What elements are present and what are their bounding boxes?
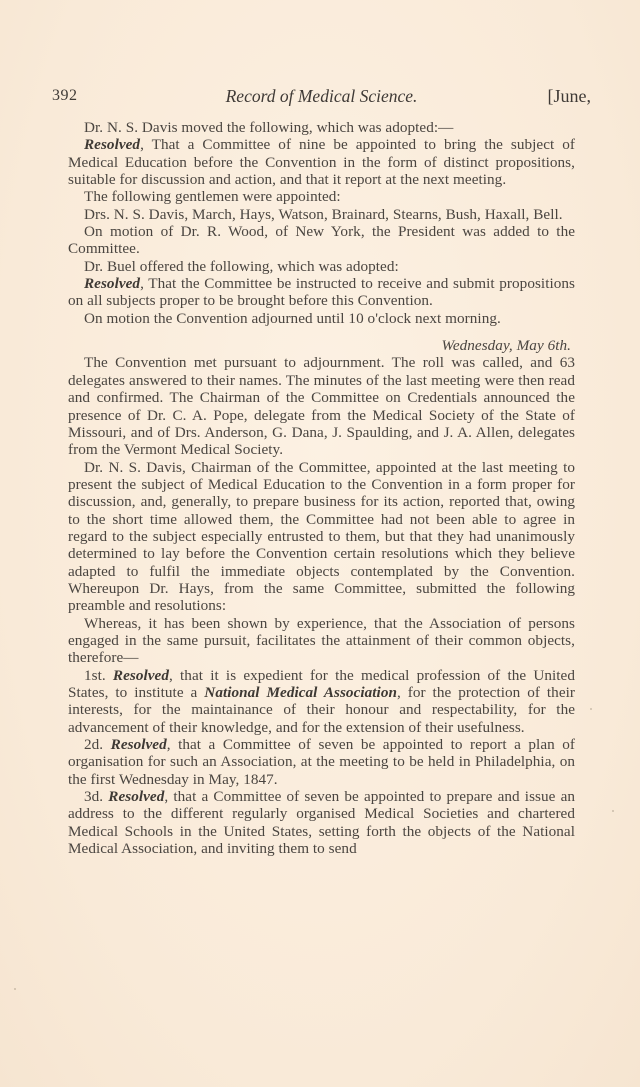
- paper-speck: [590, 708, 592, 710]
- paragraph-davis-motion: Dr. N. S. Davis moved the following, whi…: [68, 119, 575, 136]
- paragraph-appointed-intro: The following gentlemen were appointed:: [68, 188, 575, 205]
- paragraph-resolution-third: 3d. Resolved, that a Committee of seven …: [68, 788, 575, 857]
- paper-speck: [14, 988, 16, 990]
- paragraph-resolution-second: 2d. Resolved, that a Committee of seven …: [68, 736, 575, 788]
- book-page: 392 Record of Medical Science. [June, Dr…: [68, 83, 575, 857]
- national-medical-association-emphasis: National Medical Association: [204, 684, 397, 701]
- paragraph-davis-report: Dr. N. S. Davis, Chairman of the Committ…: [68, 459, 575, 615]
- running-month: [June,: [548, 83, 592, 109]
- paragraph-adjourned: On motion the Convention adjourned until…: [68, 310, 575, 327]
- resolved-label: Resolved: [84, 136, 140, 153]
- resolved-label: Resolved: [113, 667, 169, 684]
- paper-speck: [612, 810, 614, 812]
- dateline: Wednesday, May 6th.: [68, 337, 575, 354]
- paragraph-convention-met: The Convention met pursuant to adjournme…: [68, 354, 575, 458]
- paragraph-wood-motion: On motion of Dr. R. Wood, of New York, t…: [68, 223, 575, 258]
- paragraph-resolution-committee-nine: Resolved, That a Committee of nine be ap…: [68, 136, 575, 188]
- running-head: 392 Record of Medical Science. [June,: [68, 83, 575, 109]
- paragraph-appointed-names: Drs. N. S. Davis, March, Hays, Watson, B…: [68, 206, 575, 223]
- paragraph-whereas: Whereas, it has been shown by experience…: [68, 615, 575, 667]
- paragraph-buel-offer: Dr. Buel offered the following, which wa…: [68, 258, 575, 275]
- resolved-label: Resolved: [108, 788, 164, 805]
- paragraph-resolution-instructed: Resolved, That the Committee be instruct…: [68, 275, 575, 310]
- running-title: Record of Medical Science.: [68, 83, 575, 109]
- body-text: Dr. N. S. Davis moved the following, whi…: [68, 119, 575, 857]
- paragraph-resolution-first: 1st. Resolved, that it is expedient for …: [68, 667, 575, 736]
- resolved-label: Resolved: [111, 736, 167, 753]
- resolved-label: Resolved: [84, 275, 140, 292]
